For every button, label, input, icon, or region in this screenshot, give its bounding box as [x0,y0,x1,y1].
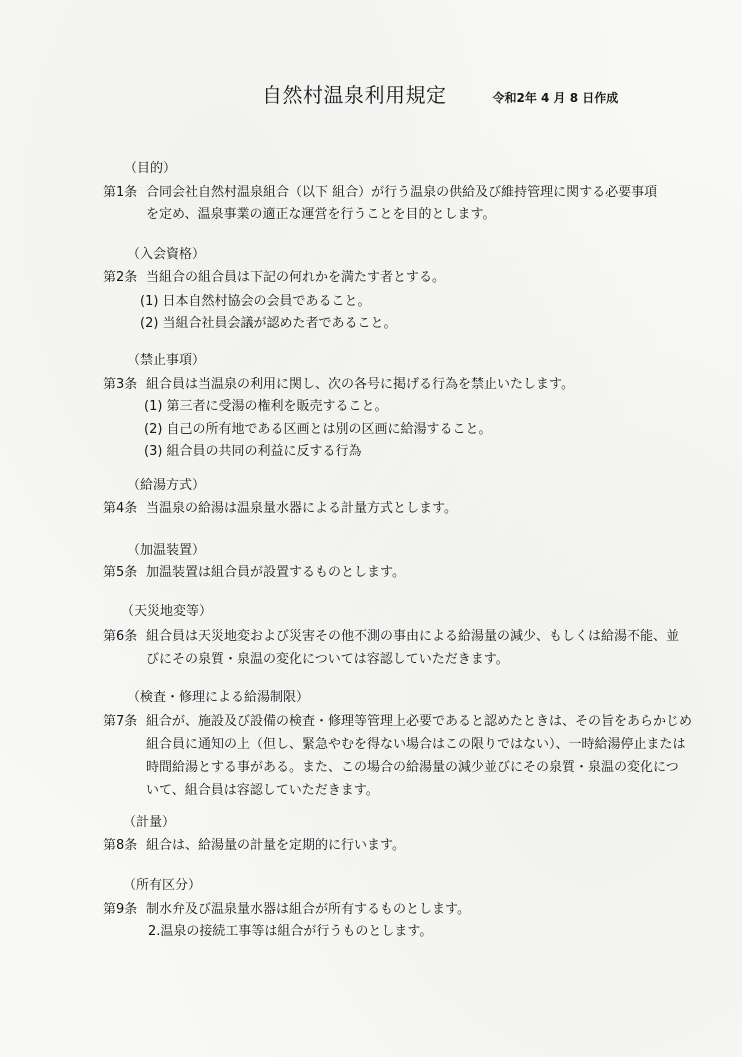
document-title: 自然村温泉利用規定 [262,79,447,108]
article-text: 組合は、給湯量の計量を定期的に行います。 [146,838,405,853]
article-number: 第9条 [103,898,146,917]
article-text-continued: びにその泉質・泉温の変化については容認していただきます。 [146,648,509,667]
article-text-continued: を定め、温泉事業の適正な運営を行うことを目的とします。 [146,203,495,222]
article-line: 第1条合同会社自然村温泉組合（以下 組合）が行う温泉の供給及び維持管理に関する必… [103,181,657,200]
article-text: 加温装置は組合員が設置するものとします。 [146,565,405,580]
article-item: (2) 当組合社員会議が認めた者であること。 [140,312,397,331]
article-item: (3) 組合員の共同の利益に反する行為 [144,440,362,459]
article-number: 第1条 [103,181,146,200]
article-line: 第8条組合は、給湯量の計量を定期的に行います。 [103,834,405,853]
article-number: 第7条 [103,710,146,729]
article-number: 第2条 [103,266,146,285]
article-text-continued: 組合員に通知の上（但し、緊急やむを得ない場合はこの限りではない）、一時給湯停止ま… [146,733,686,752]
article-text: 当組合の組合員は下記の何れかを満たす者とする。 [146,270,445,285]
section-heading: （給湯方式） [127,474,205,493]
article-number: 第8条 [103,834,146,853]
section-heading: （検査・修理による給湯制限） [127,686,309,705]
article-line: 第5条加温装置は組合員が設置するものとします。 [103,561,405,580]
section-heading: （禁止事項） [127,349,205,368]
article-item: (2) 自己の所有地である区画とは別の区画に給湯すること。 [144,418,492,437]
article-item: 2.温泉の接続工事等は組合が行うものとします。 [148,920,432,939]
article-text-continued: いて、組合員は容認していただきます。 [146,779,379,798]
article-line: 第2条当組合の組合員は下記の何れかを満たす者とする。 [103,266,445,285]
section-heading: （所有区分） [123,874,201,893]
article-item: (1) 日本自然村協会の会員であること。 [140,290,371,309]
article-text: 制水弁及び温泉量水器は組合が所有するものとします。 [146,902,470,917]
title-row: 自然村温泉利用規定 令和2年 4 月 8 日作成 [262,79,618,108]
article-line: 第4条当温泉の給湯は温泉量水器による計量方式とします。 [103,497,457,516]
section-heading: （加温装置） [127,539,205,558]
article-text: 組合員は天災地変および災害その他不測の事由による給湯量の減少、もしくは給湯不能、… [146,629,679,644]
section-heading: （入会資格） [127,243,205,262]
article-line: 第6条組合員は天災地変および災害その他不測の事由による給湯量の減少、もしくは給湯… [103,625,679,644]
article-number: 第4条 [103,497,146,516]
article-text: 組合が、施設及び設備の検査・修理等管理上必要であると認めたときは、その旨をあらか… [146,714,692,729]
section-heading: （目的） [124,157,176,176]
article-text-continued: 時間給湯とする事がある。また、この場合の給湯量の減少並びにその泉質・泉温の変化に… [146,756,679,775]
article-text: 組合員は当温泉の利用に関し、次の各号に掲げる行為を禁止いたします。 [146,377,574,392]
article-line: 第7条組合が、施設及び設備の検査・修理等管理上必要であると認めたときは、その旨を… [103,710,692,729]
article-text: 当温泉の給湯は温泉量水器による計量方式とします。 [146,501,457,516]
article-line: 第3条組合員は当温泉の利用に関し、次の各号に掲げる行為を禁止いたします。 [103,373,574,392]
article-item: (1) 第三者に受湯の権利を販売すること。 [144,395,388,414]
article-line: 第9条制水弁及び温泉量水器は組合が所有するものとします。 [103,898,470,917]
section-heading: （計量） [123,811,175,830]
section-heading: （天災地変等） [121,600,212,619]
article-number: 第5条 [103,561,146,580]
document-page: 自然村温泉利用規定 令和2年 4 月 8 日作成 （目的） 第1条合同会社自然村… [0,0,742,1057]
document-date: 令和2年 4 月 8 日作成 [493,89,619,106]
article-number: 第3条 [103,373,146,392]
article-number: 第6条 [103,625,146,644]
article-text: 合同会社自然村温泉組合（以下 組合）が行う温泉の供給及び維持管理に関する必要事項 [146,185,657,200]
